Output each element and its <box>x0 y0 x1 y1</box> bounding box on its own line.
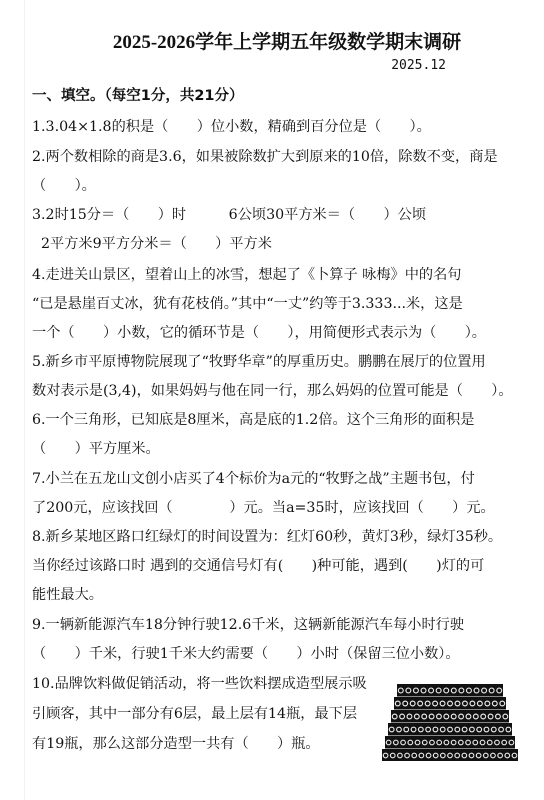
question-line: 2平方米9平方分米＝（ ）平方米 <box>32 233 272 253</box>
question-line: “已是悬崖百丈冰，犹有花枝俏。”其中“一丈”约等于3.333...米，这是 <box>32 293 463 313</box>
question-line: 8.新乡某地区路口红绿灯的时间设置为：红灯60秒，黄灯3秒，绿灯35秒。 <box>32 526 502 546</box>
question-line: 了200元，应该找回（ ）元。当a=35时，应该找回（ ）元。 <box>32 497 495 517</box>
question-line: （ ）千米，行驶1千米大约需要（ ）小时（保留三位小数）。 <box>32 643 460 663</box>
question-line: 1.3.04×1.8的积是（ ）位小数，精确到百分位是（ ）。 <box>32 116 431 136</box>
question-line: 2.两个数相除的商是3.6，如果被除数扩大到原来的10倍，除数不变，商是 <box>32 146 498 166</box>
exam-date: 2025.12 <box>391 58 446 73</box>
section-heading: 一、填空。（每空1分，共21分） <box>32 84 244 105</box>
question-line: 一个（ ）小数，它的循环节是（ ），用简便形式表示为（ ）。 <box>32 322 486 342</box>
question-line: 9.一辆新能源汽车18分钟行驶12.6千米，这辆新能源汽车每小时行驶 <box>32 614 464 634</box>
question-line: 3.2时15分＝（ ）时 6公顷30平方米＝（ ）公顷 <box>32 204 426 224</box>
question-line: 5.新乡市平原博物院展现了“牧野华章”的厚重历史。鹏鹏在展厅的位置用 <box>32 351 486 371</box>
exam-page: 2025-2026学年上学期五年级数学期末调研 2025.12 一、填空。（每空… <box>0 0 544 800</box>
question-line: 7.小兰在五龙山文创小店买了4个标价为a元的“牧野之战”主题书包，付 <box>32 468 475 488</box>
bottle-stack-image <box>382 683 518 761</box>
question-line: 6.一个三角形，已知底是8厘米，高是底的1.2倍。这个三角形的面积是 <box>32 409 474 429</box>
question-line: 引顾客，其中一部分有6层，最上层有14瓶，最下层 <box>32 703 357 723</box>
question-line: 当你经过该路口时 遇到的交通信号灯有( )种可能，遇到( )灯的可 <box>32 555 484 575</box>
question-line: 10.品牌饮料做促销活动，将一些饮料摆成造型展示吸 <box>32 673 367 693</box>
question-line: 有19瓶，那么这部分造型一共有（ ）瓶。 <box>32 733 320 753</box>
question-line: （ ）平方厘米。 <box>32 438 160 458</box>
question-line: 能性最大。 <box>32 584 103 604</box>
exam-title: 2025-2026学年上学期五年级数学期末调研 <box>0 27 544 54</box>
question-line: 数对表示是(3,4)，如果妈妈与他在同一行，那么妈妈的位置可能是（ ）。 <box>32 380 513 400</box>
page-edge-line <box>24 0 25 800</box>
question-line: 4.走进关山景区，望着山上的冰雪，想起了《卜算子 咏梅》中的名句 <box>32 264 462 284</box>
question-line: （ ）。 <box>32 175 96 195</box>
